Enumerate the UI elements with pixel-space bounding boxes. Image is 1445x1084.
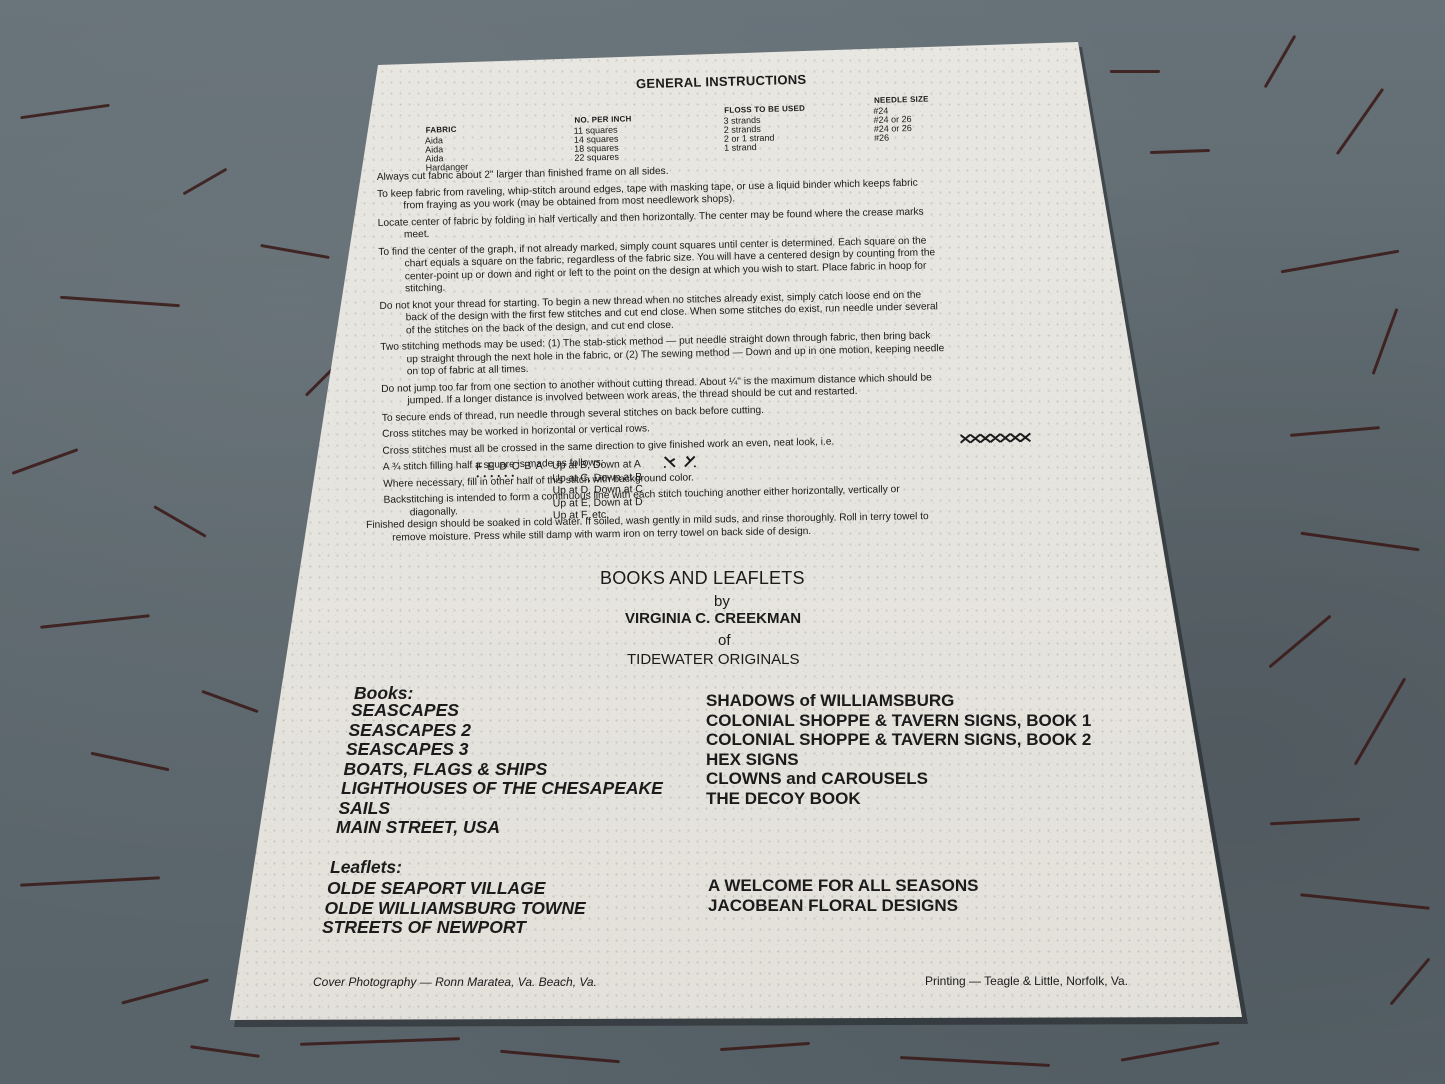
printing-credit: Printing — Teagle & Little, Norfolk, Va. bbox=[925, 974, 1128, 988]
needle-values: #24#24 or 26#24 or 26#26 bbox=[873, 106, 912, 143]
fabric-values: AidaAidaAidaHardanger bbox=[425, 136, 468, 173]
cover-credit: Cover Photography — Ronn Maratea, Va. Be… bbox=[313, 975, 597, 989]
catalog-publisher: TIDEWATER ORIGINALS bbox=[627, 651, 800, 668]
table-cell: #26 bbox=[874, 133, 912, 143]
col-fabric: FABRIC bbox=[426, 125, 457, 135]
catalog-title: THE DECOY BOOK bbox=[706, 789, 861, 809]
three-quarter-stitch-icon bbox=[663, 455, 697, 469]
per-inch-values: 11 squares14 squares18 squares22 squares bbox=[574, 126, 619, 163]
catalog-author: VIRGINIA C. CREEKMAN bbox=[625, 610, 801, 627]
backstitch-steps: Up at B, Down at AUp at C, Down at BUp a… bbox=[552, 458, 644, 523]
backstitch-step: Up at B, Down at A bbox=[552, 458, 643, 472]
catalog-title: BOATS, FLAGS & SHIPS bbox=[344, 759, 548, 779]
catalog-title: SEASCAPES 3 bbox=[346, 739, 469, 759]
backstitch-dots: • • • • • • bbox=[476, 470, 515, 483]
catalog-title: HEX SIGNS bbox=[706, 750, 799, 770]
scratch-mark bbox=[1110, 70, 1160, 73]
cross-stitch-row-icon bbox=[960, 432, 1032, 446]
catalog-title: OLDE WILLIAMSBURG TOWNE bbox=[325, 898, 586, 918]
floss-values: 3 strands2 strands2 or 1 strand1 strand bbox=[723, 116, 774, 153]
catalog-by: by bbox=[714, 593, 730, 610]
backstitch-step: Up at E, Down at D bbox=[553, 496, 644, 510]
catalog-title: COLONIAL SHOPPE & TAVERN SIGNS, BOOK 2 bbox=[706, 730, 1091, 750]
catalog-title: COLONIAL SHOPPE & TAVERN SIGNS, BOOK 1 bbox=[706, 711, 1091, 731]
table-cell: 22 squares bbox=[574, 153, 619, 163]
col-per-inch: NO. PER INCH bbox=[574, 114, 631, 124]
catalog-title: OLDE SEAPORT VILLAGE bbox=[327, 878, 545, 898]
leaflets-label: Leaflets: bbox=[330, 857, 402, 877]
catalog-title: MAIN STREET, USA bbox=[336, 817, 500, 837]
catalog-title: SEASCAPES bbox=[351, 700, 459, 720]
col-needle: NEEDLE SIZE bbox=[874, 95, 929, 105]
catalog-of: of bbox=[718, 632, 731, 649]
catalog-title: JACOBEAN FLORAL DESIGNS bbox=[708, 896, 958, 916]
catalog-title: LIGHTHOUSES OF THE CHESAPEAKE bbox=[341, 778, 663, 798]
catalog-title: A WELCOME FOR ALL SEASONS bbox=[708, 876, 978, 896]
catalog-title: CLOWNS and CAROUSELS bbox=[706, 769, 928, 789]
catalog-heading: BOOKS AND LEAFLETS bbox=[600, 568, 805, 589]
catalog-title: SHADOWS of WILLIAMSBURG bbox=[706, 691, 954, 711]
catalog-title: STREETS OF NEWPORT bbox=[322, 917, 526, 937]
catalog-title: SAILS bbox=[339, 798, 391, 818]
table-cell: 1 strand bbox=[724, 143, 775, 153]
catalog-title: SEASCAPES 2 bbox=[349, 720, 472, 740]
